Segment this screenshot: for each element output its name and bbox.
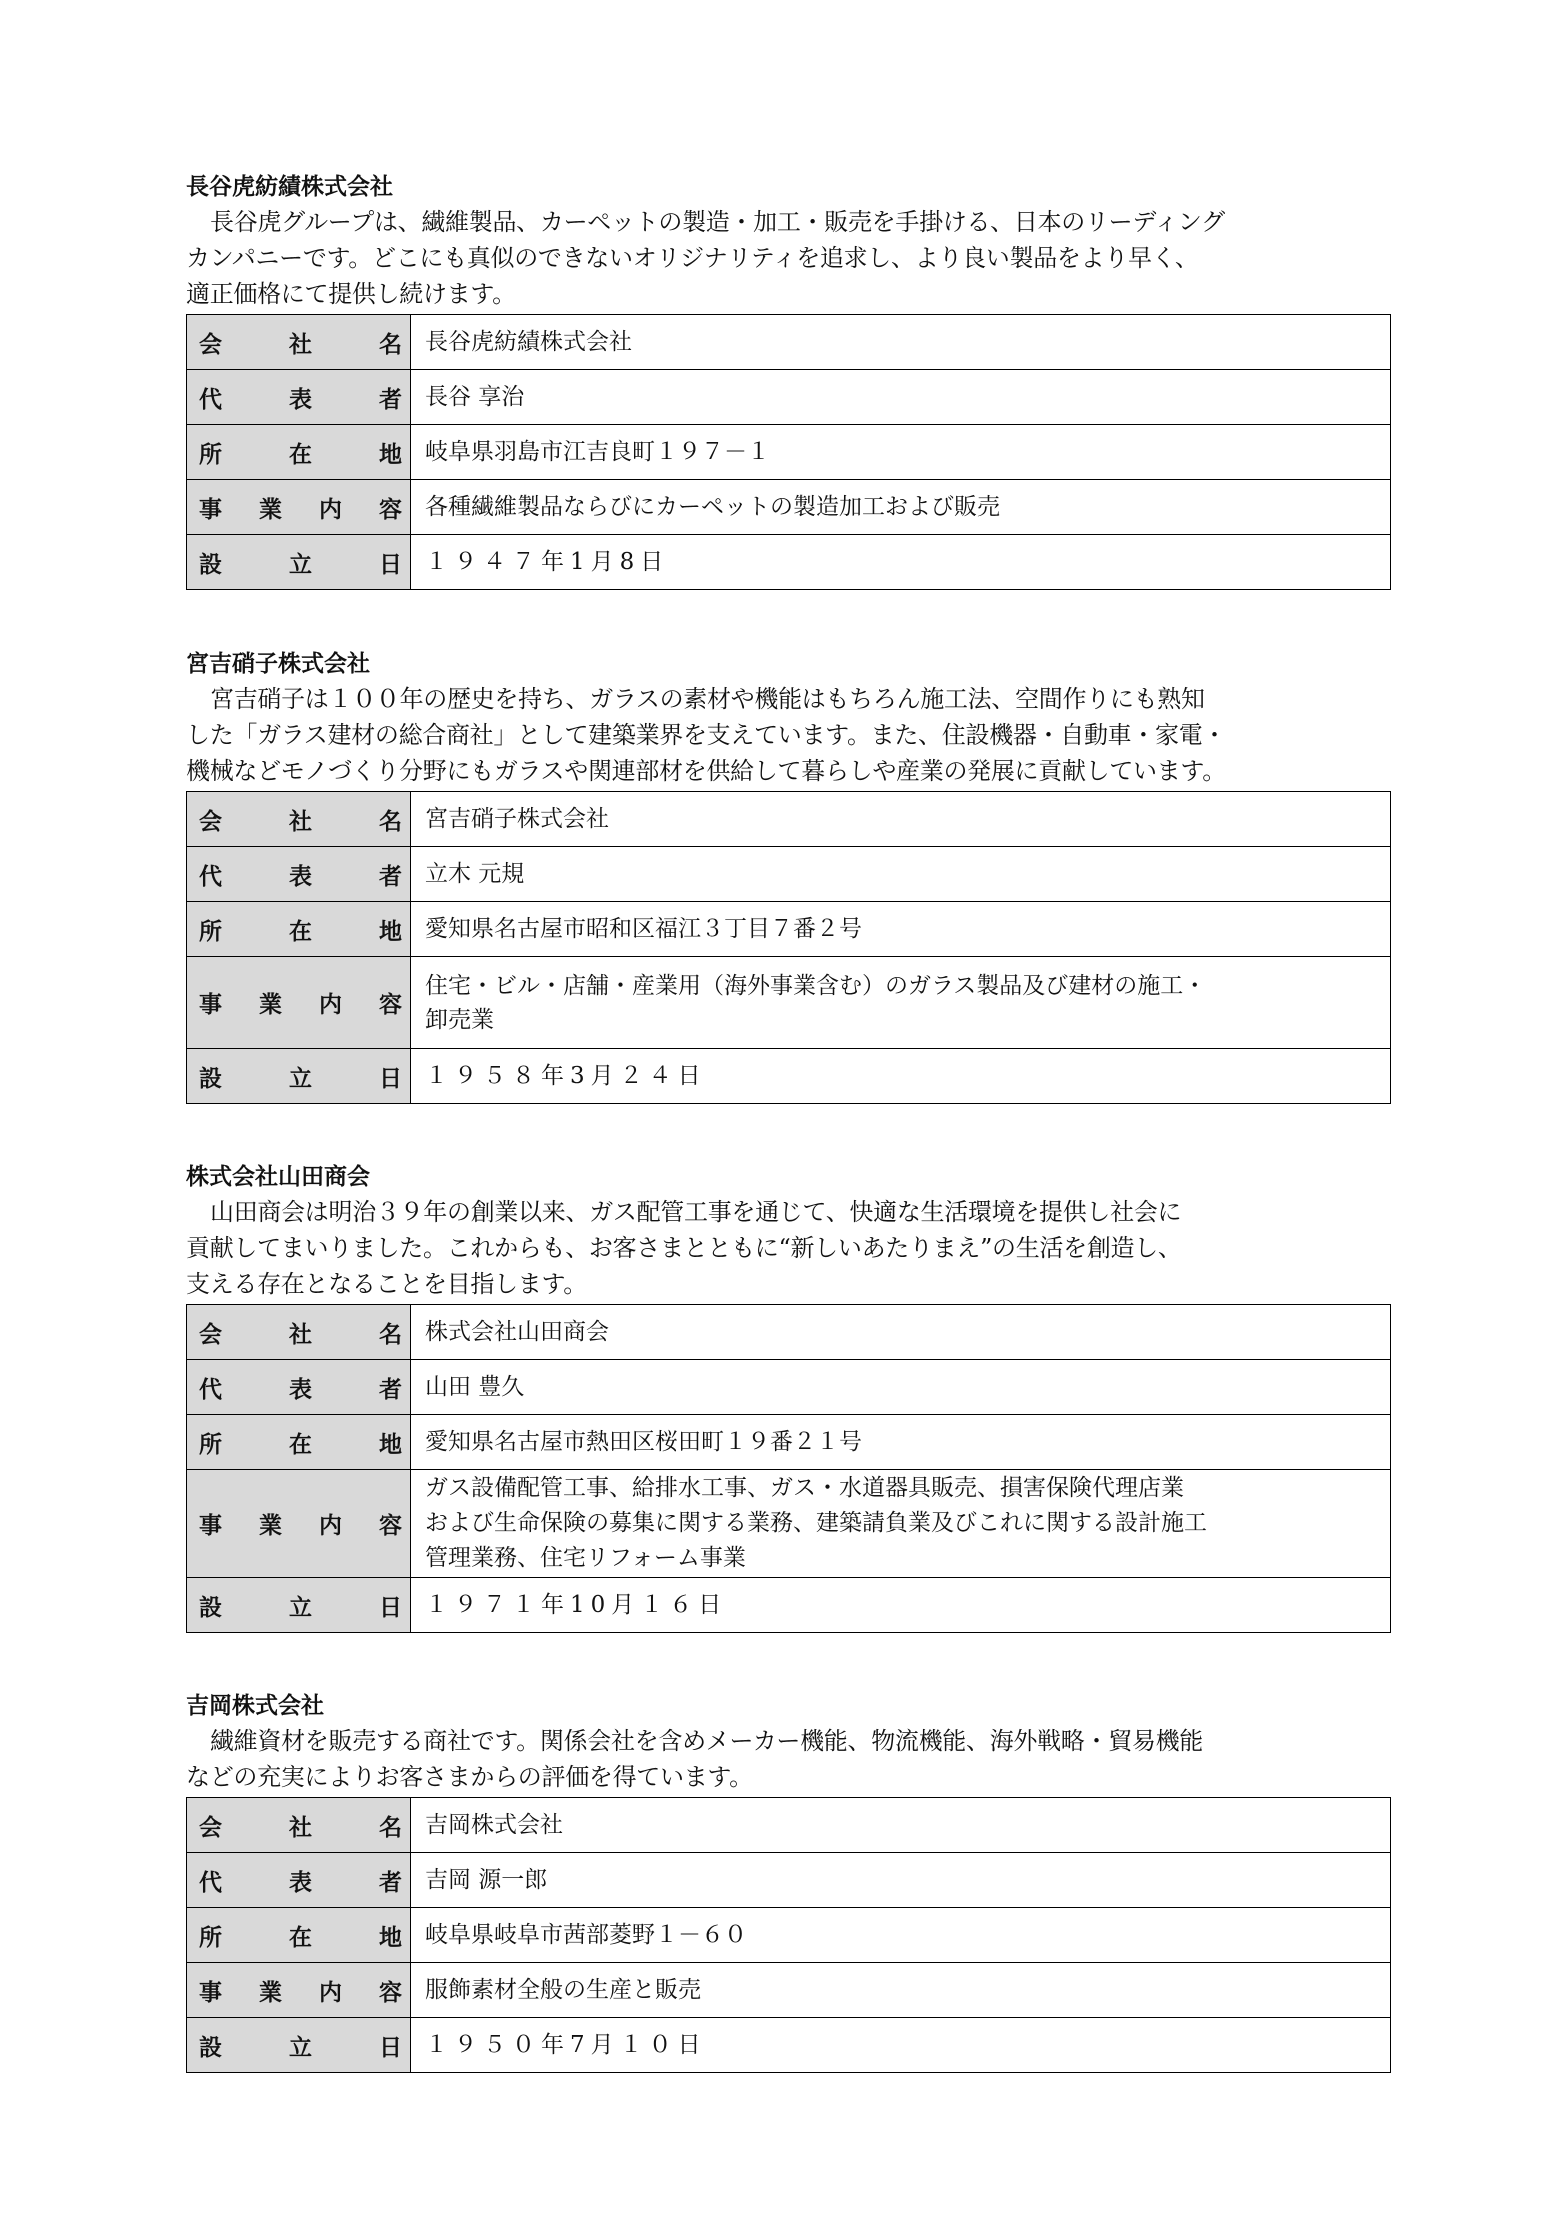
description-line: 繊維資材を販売する商社です。関係会社を含めメーカー機能、物流機能、海外戦略・貿易…: [186, 1723, 1391, 1759]
label-char: 表: [289, 1371, 312, 1404]
label-char: 内: [319, 1507, 342, 1540]
label-representative: 代 表 者: [187, 1360, 411, 1415]
label-char: 業: [259, 1974, 282, 2007]
label-char: 社: [289, 1809, 312, 1842]
value-founded: １９７１年10月１６日: [411, 1578, 1391, 1633]
label-char: 会: [199, 1809, 222, 1842]
description-line: 宮吉硝子は１００年の歴史を持ち、ガラスの素材や機能はもちろん施工法、空間作りにも…: [186, 681, 1391, 717]
label-char: 立: [289, 2029, 312, 2062]
label-char: 地: [379, 913, 402, 946]
label-char: 日: [379, 2029, 402, 2062]
company-title: 長谷虎紡績株式会社: [186, 170, 1391, 204]
company-title: 株式会社山田商会: [186, 1160, 1391, 1194]
label-char: 日: [379, 546, 402, 579]
description-line: 貢献してまいりました。これからも、お客さまとともに“新しいあたりまえ”の生活を創…: [186, 1230, 1391, 1266]
label-char: 所: [199, 436, 222, 469]
label-address: 所 在 地: [187, 1908, 411, 1963]
table-row-business: 事 業 内 容 服飾素材全般の生産と販売: [187, 1963, 1391, 2018]
label-char: 立: [289, 1060, 312, 1093]
label-char: 会: [199, 1316, 222, 1349]
label-char: 者: [379, 858, 402, 891]
label-char: 事: [199, 1974, 222, 2007]
value-founded: １９５０年7月１０日: [411, 2018, 1391, 2073]
company-section-yamada-shokai: 株式会社山田商会 山田商会は明治３９年の創業以来、ガス配管工事を通じて、快適な生…: [186, 1160, 1391, 1633]
label-char: 地: [379, 436, 402, 469]
label-address: 所 在 地: [187, 1415, 411, 1470]
company-description: 長谷虎グループは、繊維製品、カーペットの製造・加工・販売を手掛ける、日本のリーデ…: [186, 204, 1391, 312]
document-page: 長谷虎紡績株式会社 長谷虎グループは、繊維製品、カーペットの製造・加工・販売を手…: [186, 170, 1391, 2129]
company-description: 山田商会は明治３９年の創業以来、ガス配管工事を通じて、快適な生活環境を提供し社会…: [186, 1194, 1391, 1302]
value-business: ガス設備配管工事、給排水工事、ガス・水道器具販売、損害保険代理店業 および生命保…: [411, 1470, 1391, 1578]
table-row-business: 事 業 内 容 住宅・ビル・店舗・産業用（海外事業含む）のガラス製品及び建材の施…: [187, 957, 1391, 1049]
label-char: 内: [319, 491, 342, 524]
label-char: 表: [289, 1864, 312, 1897]
label-char: 事: [199, 1507, 222, 1540]
table-row-founded: 設 立 日 １９５８年3月２４日: [187, 1049, 1391, 1104]
label-char: 立: [289, 546, 312, 579]
value-company-name: 長谷虎紡績株式会社: [411, 315, 1391, 370]
label-char: 日: [379, 1589, 402, 1622]
label-char: 代: [199, 1864, 222, 1897]
label-address: 所 在 地: [187, 425, 411, 480]
label-char: 事: [199, 491, 222, 524]
table-row-company-name: 会 社 名 吉岡株式会社: [187, 1798, 1391, 1853]
description-line: 適正価格にて提供し続けます。: [186, 276, 1391, 312]
label-char: 名: [379, 1316, 402, 1349]
label-company-name: 会 社 名: [187, 315, 411, 370]
label-founded: 設 立 日: [187, 2018, 411, 2073]
business-line: および生命保険の募集に関する業務、建築請負業及びこれに関する設計施工: [425, 1506, 1378, 1541]
description-line: などの充実によりお客さまからの評価を得ています。: [186, 1759, 1391, 1795]
company-description: 宮吉硝子は１００年の歴史を持ち、ガラスの素材や機能はもちろん施工法、空間作りにも…: [186, 681, 1391, 789]
label-char: 日: [379, 1060, 402, 1093]
label-char: 地: [379, 1919, 402, 1952]
value-founded: １９４７年1月8日: [411, 535, 1391, 590]
table-row-address: 所 在 地 愛知県名古屋市昭和区福江３丁目７番２号: [187, 902, 1391, 957]
label-founded: 設 立 日: [187, 1578, 411, 1633]
label-char: 者: [379, 1371, 402, 1404]
label-char: 名: [379, 803, 402, 836]
label-char: 事: [199, 986, 222, 1019]
label-company-name: 会 社 名: [187, 1798, 411, 1853]
label-char: 設: [199, 2029, 222, 2062]
label-business: 事 業 内 容: [187, 480, 411, 535]
label-char: 会: [199, 803, 222, 836]
table-row-address: 所 在 地 岐阜県羽島市江吉良町１９７－１: [187, 425, 1391, 480]
label-char: 社: [289, 803, 312, 836]
value-address: 愛知県名古屋市昭和区福江３丁目７番２号: [411, 902, 1391, 957]
value-representative: 吉岡 源一郎: [411, 1853, 1391, 1908]
table-row-representative: 代 表 者 長谷 享治: [187, 370, 1391, 425]
label-char: 設: [199, 1589, 222, 1622]
label-char: 容: [379, 491, 402, 524]
table-row-company-name: 会 社 名 宮吉硝子株式会社: [187, 792, 1391, 847]
label-char: 業: [259, 1507, 282, 1540]
label-char: 代: [199, 1371, 222, 1404]
label-char: 名: [379, 1809, 402, 1842]
label-char: 設: [199, 1060, 222, 1093]
label-char: 者: [379, 1864, 402, 1897]
table-row-address: 所 在 地 愛知県名古屋市熱田区桜田町１９番２１号: [187, 1415, 1391, 1470]
value-company-name: 株式会社山田商会: [411, 1305, 1391, 1360]
value-representative: 山田 豊久: [411, 1360, 1391, 1415]
label-char: 在: [289, 1426, 312, 1459]
label-char: 業: [259, 986, 282, 1019]
business-line: 管理業務、住宅リフォーム事業: [425, 1541, 1378, 1576]
company-info-table: 会 社 名 宮吉硝子株式会社 代 表 者 立木 元規: [186, 791, 1391, 1104]
description-line: 長谷虎グループは、繊維製品、カーペットの製造・加工・販売を手掛ける、日本のリーデ…: [186, 204, 1391, 240]
table-row-company-name: 会 社 名 長谷虎紡績株式会社: [187, 315, 1391, 370]
value-address: 岐阜県岐阜市茜部菱野１－６０: [411, 1908, 1391, 1963]
value-founded: １９５８年3月２４日: [411, 1049, 1391, 1104]
company-description: 繊維資材を販売する商社です。関係会社を含めメーカー機能、物流機能、海外戦略・貿易…: [186, 1723, 1391, 1795]
label-address: 所 在 地: [187, 902, 411, 957]
label-founded: 設 立 日: [187, 1049, 411, 1104]
value-company-name: 吉岡株式会社: [411, 1798, 1391, 1853]
table-row-founded: 設 立 日 １９５０年7月１０日: [187, 2018, 1391, 2073]
value-company-name: 宮吉硝子株式会社: [411, 792, 1391, 847]
table-row-founded: 設 立 日 １９４７年1月8日: [187, 535, 1391, 590]
business-line: 服飾素材全般の生産と販売: [425, 1973, 1378, 2007]
label-char: 立: [289, 1589, 312, 1622]
description-line: した「ガラス建材の総合商社」として建築業界を支えています。また、住設機器・自動車…: [186, 717, 1391, 753]
label-char: 在: [289, 913, 312, 946]
label-founded: 設 立 日: [187, 535, 411, 590]
table-row-company-name: 会 社 名 株式会社山田商会: [187, 1305, 1391, 1360]
label-char: 会: [199, 326, 222, 359]
label-char: 容: [379, 1507, 402, 1540]
label-char: 内: [319, 1974, 342, 2007]
company-section-yoshioka: 吉岡株式会社 繊維資材を販売する商社です。関係会社を含めメーカー機能、物流機能、…: [186, 1689, 1391, 2073]
value-representative: 立木 元規: [411, 847, 1391, 902]
label-char: 在: [289, 1919, 312, 1952]
label-char: 代: [199, 858, 222, 891]
description-line: 機械などモノづくり分野にもガラスや関連部材を供給して暮らしや産業の発展に貢献して…: [186, 753, 1391, 789]
value-address: 岐阜県羽島市江吉良町１９７－１: [411, 425, 1391, 480]
label-char: 代: [199, 381, 222, 414]
label-representative: 代 表 者: [187, 370, 411, 425]
company-info-table: 会 社 名 吉岡株式会社 代 表 者 吉岡 源一郎: [186, 1797, 1391, 2073]
label-char: 所: [199, 913, 222, 946]
label-representative: 代 表 者: [187, 1853, 411, 1908]
table-row-business: 事 業 内 容 各種繊維製品ならびにカーペットの製造加工および販売: [187, 480, 1391, 535]
company-section-hasetora: 長谷虎紡績株式会社 長谷虎グループは、繊維製品、カーペットの製造・加工・販売を手…: [186, 170, 1391, 590]
table-row-address: 所 在 地 岐阜県岐阜市茜部菱野１－６０: [187, 1908, 1391, 1963]
business-line: 住宅・ビル・店舗・産業用（海外事業含む）のガラス製品及び建材の施工・: [425, 969, 1378, 1003]
business-line: 各種繊維製品ならびにカーペットの製造加工および販売: [425, 490, 1378, 524]
table-row-representative: 代 表 者 吉岡 源一郎: [187, 1853, 1391, 1908]
table-row-founded: 設 立 日 １９７１年10月１６日: [187, 1578, 1391, 1633]
description-line: 山田商会は明治３９年の創業以来、ガス配管工事を通じて、快適な生活環境を提供し社会…: [186, 1194, 1391, 1230]
label-char: 名: [379, 326, 402, 359]
value-representative: 長谷 享治: [411, 370, 1391, 425]
description-line: 支える存在となることを目指します。: [186, 1266, 1391, 1302]
table-row-business: 事 業 内 容 ガス設備配管工事、給排水工事、ガス・水道器具販売、損害保険代理店…: [187, 1470, 1391, 1578]
label-char: 社: [289, 1316, 312, 1349]
label-char: 社: [289, 326, 312, 359]
label-company-name: 会 社 名: [187, 792, 411, 847]
business-line: 卸売業: [425, 1003, 1378, 1037]
table-row-representative: 代 表 者 山田 豊久: [187, 1360, 1391, 1415]
label-company-name: 会 社 名: [187, 1305, 411, 1360]
label-representative: 代 表 者: [187, 847, 411, 902]
label-char: 所: [199, 1919, 222, 1952]
label-char: 表: [289, 858, 312, 891]
company-info-table: 会 社 名 株式会社山田商会 代 表 者 山田 豊久: [186, 1304, 1391, 1633]
value-business: 住宅・ビル・店舗・産業用（海外事業含む）のガラス製品及び建材の施工・ 卸売業: [411, 957, 1391, 1049]
label-char: 所: [199, 1426, 222, 1459]
label-char: 在: [289, 436, 312, 469]
label-char: 業: [259, 491, 282, 524]
label-char: 内: [319, 986, 342, 1019]
label-char: 容: [379, 1974, 402, 2007]
value-business: 服飾素材全般の生産と販売: [411, 1963, 1391, 2018]
company-title: 吉岡株式会社: [186, 1689, 1391, 1723]
label-business: 事 業 内 容: [187, 957, 411, 1049]
label-char: 地: [379, 1426, 402, 1459]
company-section-miyoshi-glass: 宮吉硝子株式会社 宮吉硝子は１００年の歴史を持ち、ガラスの素材や機能はもちろん施…: [186, 647, 1391, 1104]
company-title: 宮吉硝子株式会社: [186, 647, 1391, 681]
label-char: 者: [379, 381, 402, 414]
business-line: ガス設備配管工事、給排水工事、ガス・水道器具販売、損害保険代理店業: [425, 1471, 1378, 1506]
label-business: 事 業 内 容: [187, 1963, 411, 2018]
label-char: 容: [379, 986, 402, 1019]
value-address: 愛知県名古屋市熱田区桜田町１９番２１号: [411, 1415, 1391, 1470]
table-row-representative: 代 表 者 立木 元規: [187, 847, 1391, 902]
label-char: 表: [289, 381, 312, 414]
value-business: 各種繊維製品ならびにカーペットの製造加工および販売: [411, 480, 1391, 535]
label-business: 事 業 内 容: [187, 1470, 411, 1578]
label-char: 設: [199, 546, 222, 579]
company-info-table: 会 社 名 長谷虎紡績株式会社 代 表 者 長谷 享治: [186, 314, 1391, 590]
description-line: カンパニーです。どこにも真似のできないオリジナリティを追求し、より良い製品をより…: [186, 240, 1391, 276]
